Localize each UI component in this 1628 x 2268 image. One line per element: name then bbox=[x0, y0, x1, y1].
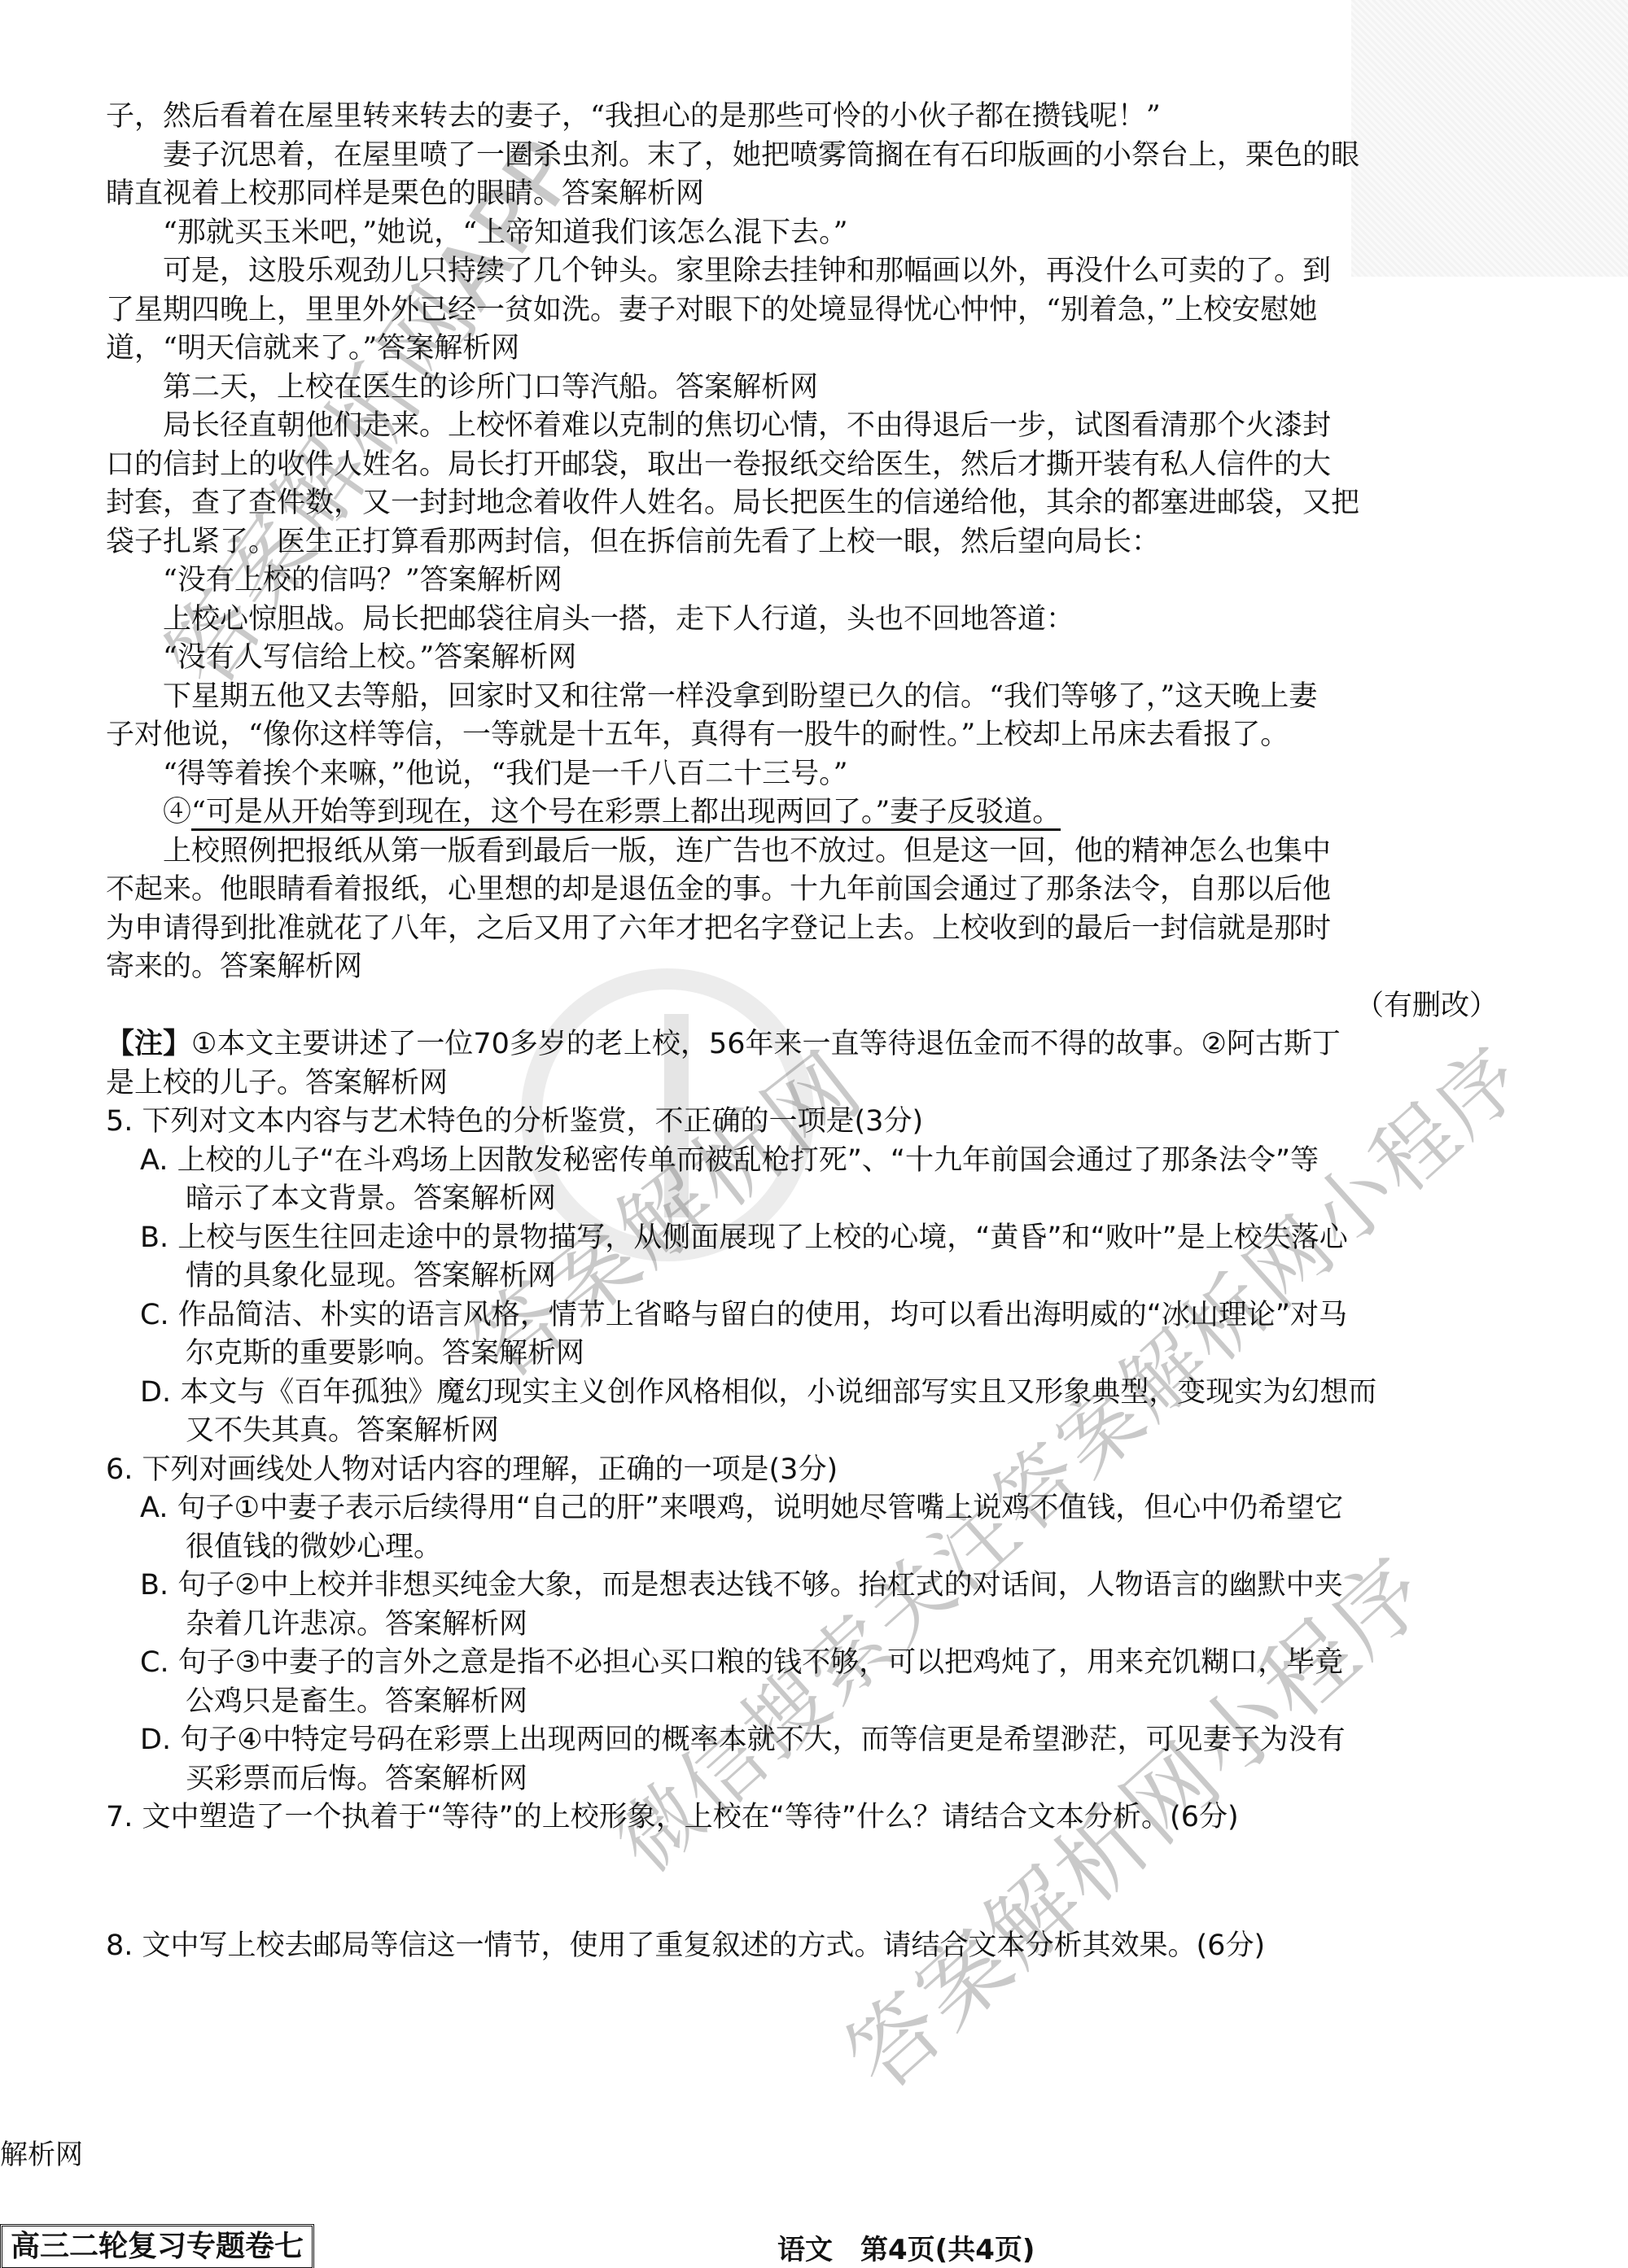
note-label: 【注】 bbox=[106, 1028, 191, 1060]
passage-line: 第二天，上校在医生的诊所门口等汽船。答案解析网 bbox=[106, 369, 1498, 408]
passage-line: 睛直视着上校那同样是栗色的眼睛。答案解析网 bbox=[106, 175, 1498, 214]
option-d-cont: 又不失其真。答案解析网 bbox=[106, 1412, 1498, 1451]
passage-line: 可是，这股乐观劲儿只持续了几个钟头。家里除去挂钟和那幅画以外，再没什么可卖的了。… bbox=[106, 252, 1498, 291]
passage-line: “得等着挨个来嘛，”他说，“我们是一千八百二十三号。” bbox=[106, 755, 1498, 794]
passage-line: 不起来。他眼睛看着报纸，心里想的却是退伍金的事。十九年前国会通过了那条法令，自那… bbox=[106, 871, 1498, 910]
passage-line: 局长径直朝他们走来。上校怀着难以克制的焦切心情，不由得退后一步，试图看清那个火漆… bbox=[106, 407, 1498, 446]
underlined-sentence-4: ④“可是从开始等到现在，这个号在彩票上都出现两回了。”妻子反驳道。 bbox=[106, 793, 1498, 832]
passage-line: 寄来的。答案解析网 bbox=[106, 948, 1498, 987]
passage-line: “那就买玉米吧，”她说，“上帝知道我们该怎么混下去。” bbox=[106, 214, 1498, 253]
exam-page: 答案解析网APP 答案解析网 微信搜索关注答案解析网小程序 答案解析网小程序 子… bbox=[0, 0, 1628, 2268]
option-a-cont: 很值钱的微妙心理。 bbox=[106, 1528, 1498, 1567]
page-number: 语文 第4页(共4页) bbox=[777, 2227, 1035, 2267]
passage-line: 口的信封上的收件人姓名。局长打开邮袋，取出一卷报纸交给医生，然后才撕开装有私人信… bbox=[106, 446, 1498, 485]
option-c: C. 句子③中妻子的言外之意是指不必担心买口粮的钱不够，可以把鸡炖了，用来充饥糊… bbox=[106, 1644, 1498, 1683]
option-d: D. 句子④中特定号码在彩票上出现两回的概率本就不大，而等信更是希望渺茫，可见妻… bbox=[106, 1721, 1498, 1760]
note-text: ①本文主要讲述了一位70多岁的老上校，56年来一直等待退伍金而不得的故事。②阿古… bbox=[191, 1028, 1341, 1060]
option-b: B. 句子②中上校并非想买纯金大象，而是想表达钱不够。抬杠式的对话间，人物语言的… bbox=[106, 1567, 1498, 1606]
option-c-cont: 尔克斯的重要影响。答案解析网 bbox=[106, 1335, 1498, 1374]
passage-line: “没有人写信给上校。”答案解析网 bbox=[106, 639, 1498, 678]
option-a: A. 上校的儿子“在斗鸡场上因散发秘密传单而被乱枪打死”、“十九年前国会通过了那… bbox=[106, 1142, 1498, 1181]
option-c-cont: 公鸡只是畜生。答案解析网 bbox=[106, 1683, 1498, 1722]
note-text: 是上校的儿子。答案解析网 bbox=[106, 1064, 1498, 1103]
option-c: C. 作品简洁、朴实的语言风格，情节上省略与留白的使用，均可以看出海明威的“冰山… bbox=[106, 1296, 1498, 1335]
underlined-text: “可是从开始等到现在，这个号在彩票上都出现两回了。”妻子反驳道。 bbox=[191, 796, 1061, 831]
question-6: 6. 下列对画线处人物对话内容的理解，正确的一项是(3分) A. 句子①中妻子表… bbox=[106, 1451, 1498, 1799]
annotation-note: 【注】①本文主要讲述了一位70多岁的老上校，56年来一直等待退伍金而不得的故事。… bbox=[106, 1025, 1498, 1064]
passage-line: 子，然后看着在屋里转来转去的妻子，“我担心的是那些可怜的小伙子都在攒钱呢！” bbox=[106, 98, 1498, 137]
option-d-cont: 买彩票而后悔。答案解析网 bbox=[106, 1760, 1498, 1799]
circled-number-marker: ④ bbox=[163, 796, 191, 828]
question-7: 7. 文中塑造了一个执着于“等待”的上校形象，上校在“等待”什么？请结合文本分析… bbox=[106, 1798, 1498, 1838]
passage-line: 下星期五他又去等船，回家时又和往常一样没拿到盼望已久的信。“我们等够了，”这天晚… bbox=[106, 678, 1498, 717]
option-b-cont: 情的具象化显现。答案解析网 bbox=[106, 1257, 1498, 1296]
passage-line: 妻子沉思着，在屋里喷了一圈杀虫剂。末了，她把喷雾筒搁在有石印版画的小祭台上，栗色… bbox=[106, 137, 1498, 176]
passage-line: 了星期四晚上，里里外外已经一贫如洗。妻子对眼下的处境显得忧心忡忡，“别着急，”上… bbox=[106, 291, 1498, 330]
question-stem: 5. 下列对文本内容与艺术特色的分析鉴赏，不正确的一项是(3分) bbox=[106, 1103, 1498, 1142]
passage-line: “没有上校的信吗？”答案解析网 bbox=[106, 562, 1498, 601]
passage-line: 上校照例把报纸从第一版看到最后一版，连广告也不放过。但是这一回，他的精神怎么也集… bbox=[106, 832, 1498, 872]
side-snippet: 解析网 bbox=[0, 2132, 83, 2172]
passage-and-questions: 子，然后看着在屋里转来转去的妻子，“我担心的是那些可怜的小伙子都在攒钱呢！” 妻… bbox=[106, 0, 1498, 1965]
paper-series-label: 高三二轮复习专题卷七 bbox=[0, 2224, 314, 2268]
option-b-cont: 杂着几许悲凉。答案解析网 bbox=[106, 1606, 1498, 1645]
question-8: 8. 文中写上校去邮局等信这一情节，使用了重复叙述的方式。请结合文本分析其效果。… bbox=[106, 1927, 1498, 1966]
question-5: 5. 下列对文本内容与艺术特色的分析鉴赏，不正确的一项是(3分) A. 上校的儿… bbox=[106, 1103, 1498, 1451]
passage-line: 袋子扎紧了。医生正打算看那两封信，但在拆信前先看了上校一眼，然后望向局长： bbox=[106, 523, 1498, 562]
passage-line: 道，“明天信就来了。”答案解析网 bbox=[106, 330, 1498, 369]
passage-line: 子对他说，“像你这样等信，一等就是十五年，真得有一股牛的耐性。”上校却上吊床去看… bbox=[106, 716, 1498, 755]
passage-line: 封套，查了查件数，又一封封地念着收件人姓名。局长把医生的信递给他，其余的都塞进邮… bbox=[106, 484, 1498, 523]
passage-line: 上校心惊胆战。局长把邮袋往肩头一搭，走下人行道，头也不回地答道： bbox=[106, 601, 1498, 640]
option-a: A. 句子①中妻子表示后续得用“自己的肝”来喂鸡，说明她尽管嘴上说鸡不值钱，但心… bbox=[106, 1489, 1498, 1528]
question-stem: 6. 下列对画线处人物对话内容的理解，正确的一项是(3分) bbox=[106, 1451, 1498, 1490]
option-b: B. 上校与医生往回走途中的景物描写，从侧面展现了上校的心境，“黄昏”和“败叶”… bbox=[106, 1219, 1498, 1258]
option-d: D. 本文与《百年孤独》魔幻现实主义创作风格相似，小说细部写实且又形象典型，变现… bbox=[106, 1374, 1498, 1413]
source-note: （有删改） bbox=[106, 987, 1498, 1026]
option-a-cont: 暗示了本文背景。答案解析网 bbox=[106, 1180, 1498, 1219]
passage-line: 为申请得到批准就花了八年，之后又用了六年才把名字登记上去。上校收到的最后一封信就… bbox=[106, 910, 1498, 949]
answer-space bbox=[106, 1838, 1498, 1927]
